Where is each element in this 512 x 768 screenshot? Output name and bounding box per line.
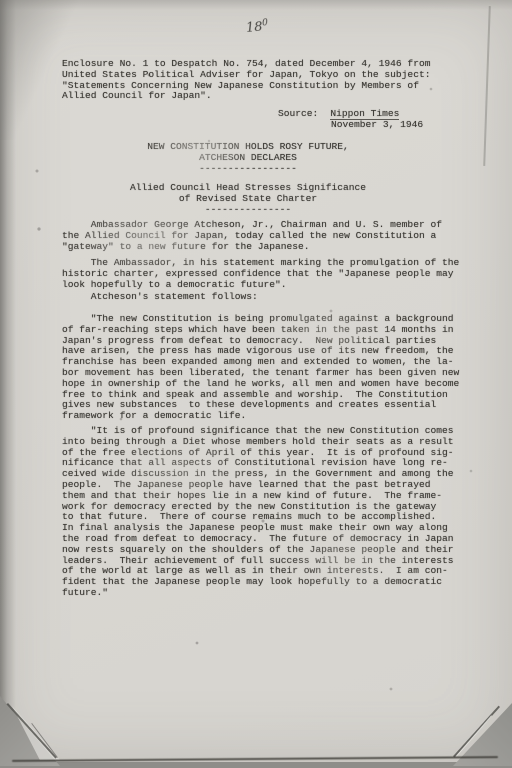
- body-paragraph-4: "It is of profound significance that the…: [62, 426, 454, 599]
- subheadline: Allied Council Head Stresses Significanc…: [62, 183, 434, 215]
- subheadline-line2: of Revised State Charter: [62, 194, 434, 205]
- headline: NEW CONSTITUTION HOLDS ROSY FUTURE,ATCHE…: [62, 142, 434, 174]
- statement-intro-line: Atcheson's statement follows:: [62, 292, 258, 303]
- page-number-handwritten: 180: [245, 18, 269, 36]
- page-number-main: 18: [245, 20, 263, 36]
- headline-rule: -----------------: [62, 164, 434, 175]
- enclosure-note: Enclosure No. 1 to Despatch No. 754, dat…: [62, 59, 430, 102]
- body-paragraph-2: The Ambassador, in his statement marking…: [62, 258, 459, 290]
- source-date: November 3, 1946: [331, 120, 423, 131]
- page-number-superscript: 0: [262, 18, 269, 28]
- top-left-corner-shade: [0, 0, 80, 140]
- source-label: Source:: [278, 108, 318, 119]
- subheadline-rule: ---------------: [62, 205, 434, 216]
- source-block: Source:Nippon TimesNovember 3, 1946: [278, 109, 423, 131]
- body-paragraph-1: Ambassador George Atcheson, Jr., Chairma…: [62, 220, 442, 252]
- headline-line2: ATCHESON DECLARES: [62, 153, 434, 164]
- scan-background: 180 Enclosure No. 1 to Despatch No. 754,…: [0, 0, 512, 768]
- body-paragraph-3: "The new Constitution is being promulgat…: [62, 314, 459, 422]
